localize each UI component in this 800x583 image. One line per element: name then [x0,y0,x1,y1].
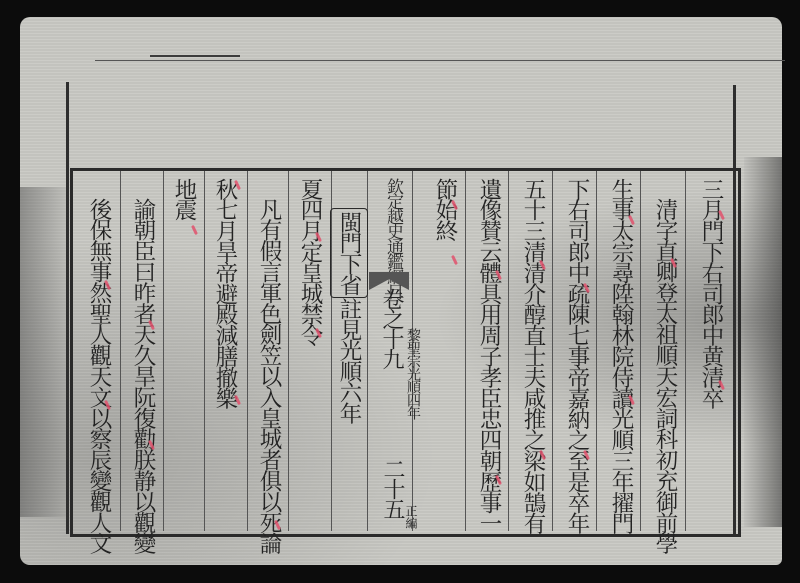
annotation-note: 註見光順六年 [336,298,362,423]
text-column: 地震 [167,178,201,220]
text-column: 凡有假言軍色劍笠以入皇城者俱以死論 [252,198,286,553]
text-column: 遺像賛云體具用周子孝臣忠四朝歷事一 [472,178,506,533]
column-divider [508,171,509,531]
column-divider [552,171,553,531]
upper-rule [95,60,785,61]
upper-rule-mark [150,55,240,57]
reign-year: 黎聖宗光順四年 [405,328,423,419]
text-column: 諭朝臣曰昨者天久旱阮復勸朕静以觀變 [126,198,160,553]
text-column: 生事太宗尋陞翰林院侍讀光順三年擢門 [604,178,638,533]
column-divider [640,171,641,531]
text-column: 夏四月定皇城禁令 [293,178,327,345]
section-label: 正編 [404,505,420,529]
left-outer-border [66,82,69,534]
column-divider [204,171,205,531]
column-divider [465,171,466,531]
text-column: 三月門下右司郎中黄清卒 [694,178,728,408]
text-column: 五十三清清介醇直士夫咸推之梁如鵠有 [516,178,550,533]
annotation-column: 閩門下省註見光順六年 [334,208,368,423]
column-divider [288,171,289,531]
column-divider [596,171,597,531]
text-column: 下右司郎中疏陳七事帝嘉納之至是卒年 [560,178,594,533]
column-divider [247,171,248,531]
text-column: 清字直卿登太祖順天宏詞科初充御前學 [648,198,682,553]
text-column: 秋七月旱帝避殿減膳撤樂 [208,178,242,408]
paper-stain-right [744,157,782,527]
column-divider [120,171,121,531]
paper-stain-left [20,187,68,517]
text-column: 後保無事然聖人觀天文以察辰變觀人文 [82,198,116,553]
column-divider [685,171,686,531]
column-divider [163,171,164,531]
boxed-term: 閩門下省 [330,208,368,298]
